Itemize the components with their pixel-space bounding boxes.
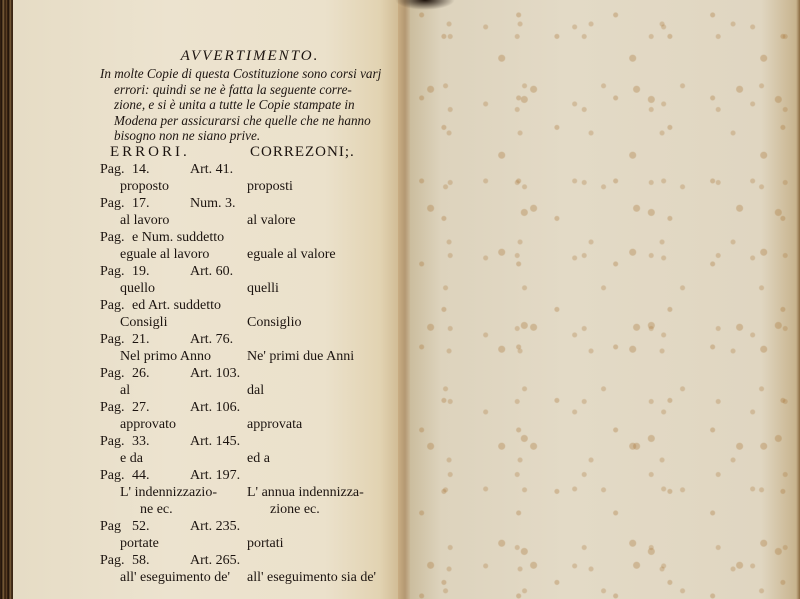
correction-text: L' annua indennizza- <box>247 484 364 501</box>
entry-text-row: ne ec.zione ec. <box>100 501 400 518</box>
entry-text-row: Nel primo AnnoNe' primi due Anni <box>100 348 400 365</box>
correction-text: ed a <box>247 450 270 467</box>
correction-text: al valore <box>247 212 296 229</box>
page-stack-edge <box>0 0 14 599</box>
entry-reference-row: Pag.21.Art. 76. <box>100 331 400 348</box>
entry-reference-row: Pag.ed Art. suddetto <box>100 297 400 314</box>
correction-text: Ne' primi due Anni <box>247 348 354 365</box>
correction-text: zione ec. <box>270 501 320 518</box>
page-label: Pag. <box>100 331 125 348</box>
article-ref: Art. 106. <box>190 399 240 416</box>
correction-text: portati <box>247 535 284 552</box>
page-number: 58. <box>132 552 150 569</box>
notice-line: Modena per assicurarsi che quelle che ne… <box>100 113 400 129</box>
correction-text: Consiglio <box>247 314 301 331</box>
entry-text-row: quelloquelli <box>100 280 400 297</box>
entry-reference-row: Pag.33.Art. 145. <box>100 433 400 450</box>
correction-text: quelli <box>247 280 279 297</box>
page-number: 26. <box>132 365 150 382</box>
errata-entry: Pag.58.Art. 265.all' eseguimento de'all'… <box>100 552 400 586</box>
error-text: ne ec. <box>140 501 173 518</box>
page-label: Pag. <box>100 467 125 484</box>
error-text: al <box>120 382 130 399</box>
article-ref: Art. 103. <box>190 365 240 382</box>
entry-reference-row: Pag.44.Art. 197. <box>100 467 400 484</box>
notice-line: In molte Copie di questa Costituzione so… <box>100 66 400 82</box>
page-number: ed Art. suddetto <box>132 297 221 314</box>
error-text: approvato <box>120 416 176 433</box>
notice-paragraph: In molte Copie di questa Costituzione so… <box>100 66 400 144</box>
errata-entry: Pag.44.Art. 197.L' indennizzazio-L' annu… <box>100 467 400 518</box>
corrections-header: CORREZONI;. <box>250 144 355 161</box>
page-label: Pag. <box>100 229 125 246</box>
entry-reference-row: Pag.26.Art. 103. <box>100 365 400 382</box>
error-text: all' eseguimento de' <box>120 569 230 586</box>
page-label: Pag <box>100 518 121 535</box>
errata-entry: Pag.33.Art. 145.e daed a <box>100 433 400 467</box>
entry-text-row: propostoproposti <box>100 178 400 195</box>
article-ref: Art. 76. <box>190 331 233 348</box>
entry-reference-row: Pag.58.Art. 265. <box>100 552 400 569</box>
article-ref: Art. 235. <box>190 518 240 535</box>
page-number: 14. <box>132 161 150 178</box>
page-label: Pag. <box>100 433 125 450</box>
page-label: Pag. <box>100 195 125 212</box>
page-label: Pag. <box>100 161 125 178</box>
book-spread: AVVERTIMENTO. In molte Copie di questa C… <box>0 0 800 599</box>
correction-text: all' eseguimento sia de' <box>247 569 376 586</box>
entry-reference-row: Pag.14.Art. 41. <box>100 161 400 178</box>
entry-text-row: ConsigliConsiglio <box>100 314 400 331</box>
page-label: Pag. <box>100 365 125 382</box>
page-label: Pag. <box>100 552 125 569</box>
error-text: portate <box>120 535 159 552</box>
page-number: 33. <box>132 433 150 450</box>
page-number: 44. <box>132 467 150 484</box>
entry-reference-row: Pag52.Art. 235. <box>100 518 400 535</box>
article-ref: Art. 265. <box>190 552 240 569</box>
error-text: Consigli <box>120 314 167 331</box>
errata-list: Pag.14.Art. 41.propostopropostiPag.17.Nu… <box>100 161 400 586</box>
page-number: 17. <box>132 195 150 212</box>
entry-text-row: approvatoapprovata <box>100 416 400 433</box>
entry-text-row: portateportati <box>100 535 400 552</box>
page-label: Pag. <box>100 297 125 314</box>
correction-text: dal <box>247 382 264 399</box>
entry-reference-row: Pag.17.Num. 3. <box>100 195 400 212</box>
column-headers: ERRORI. CORREZONI;. <box>100 144 400 161</box>
entry-text-row: e daed a <box>100 450 400 467</box>
error-text: Nel primo Anno <box>120 348 211 365</box>
correction-text: approvata <box>247 416 302 433</box>
entry-text-row: all' eseguimento de'all' eseguimento sia… <box>100 569 400 586</box>
page-title: AVVERTIMENTO. <box>100 48 400 65</box>
error-text: quello <box>120 280 155 297</box>
page-number: 21. <box>132 331 150 348</box>
correction-text: eguale al valore <box>247 246 336 263</box>
entry-reference-row: Pag.e Num. suddetto <box>100 229 400 246</box>
article-ref: Art. 197. <box>190 467 240 484</box>
entry-text-row: eguale al lavoroeguale al valore <box>100 246 400 263</box>
errata-entry: Pag52.Art. 235.portateportati <box>100 518 400 552</box>
errata-entry: Pag.21.Art. 76.Nel primo AnnoNe' primi d… <box>100 331 400 365</box>
errata-entry: Pag.27.Art. 106.approvatoapprovata <box>100 399 400 433</box>
correction-text: proposti <box>247 178 293 195</box>
right-page-blank <box>410 0 800 599</box>
page-number: 52. <box>132 518 150 535</box>
article-ref: Num. 3. <box>190 195 236 212</box>
page-label: Pag. <box>100 263 125 280</box>
errata-entry: Pag.17.Num. 3.al lavoroal valore <box>100 195 400 229</box>
page-number: 19. <box>132 263 150 280</box>
entry-reference-row: Pag.27.Art. 106. <box>100 399 400 416</box>
entry-text-row: aldal <box>100 382 400 399</box>
errata-entry: Pag.ed Art. suddettoConsigliConsiglio <box>100 297 400 331</box>
page-number: 27. <box>132 399 150 416</box>
errata-entry: Pag.26.Art. 103.aldal <box>100 365 400 399</box>
entry-text-row: al lavoroal valore <box>100 212 400 229</box>
error-text: al lavoro <box>120 212 169 229</box>
errata-text: AVVERTIMENTO. In molte Copie di questa C… <box>100 48 400 586</box>
entry-reference-row: Pag.19.Art. 60. <box>100 263 400 280</box>
errata-entry: Pag.e Num. suddettoeguale al lavoroegual… <box>100 229 400 263</box>
errors-header: ERRORI. <box>110 144 190 161</box>
notice-line: errori: quindi se ne è fatta la seguente… <box>100 82 400 98</box>
article-ref: Art. 145. <box>190 433 240 450</box>
entry-text-row: L' indennizzazio-L' annua indennizza- <box>100 484 400 501</box>
page-number: e Num. suddetto <box>132 229 224 246</box>
page-label: Pag. <box>100 399 125 416</box>
errata-entry: Pag.19.Art. 60.quelloquelli <box>100 263 400 297</box>
article-ref: Art. 60. <box>190 263 233 280</box>
spine-shadow <box>395 0 455 10</box>
notice-line: zione, e si è unita a tutte le Copie sta… <box>100 97 400 113</box>
error-text: proposto <box>120 178 169 195</box>
error-text: L' indennizzazio- <box>120 484 217 501</box>
errata-entry: Pag.14.Art. 41.propostoproposti <box>100 161 400 195</box>
error-text: eguale al lavoro <box>120 246 209 263</box>
notice-line: bisogno non ne siano prive. <box>100 128 400 144</box>
article-ref: Art. 41. <box>190 161 233 178</box>
error-text: e da <box>120 450 143 467</box>
